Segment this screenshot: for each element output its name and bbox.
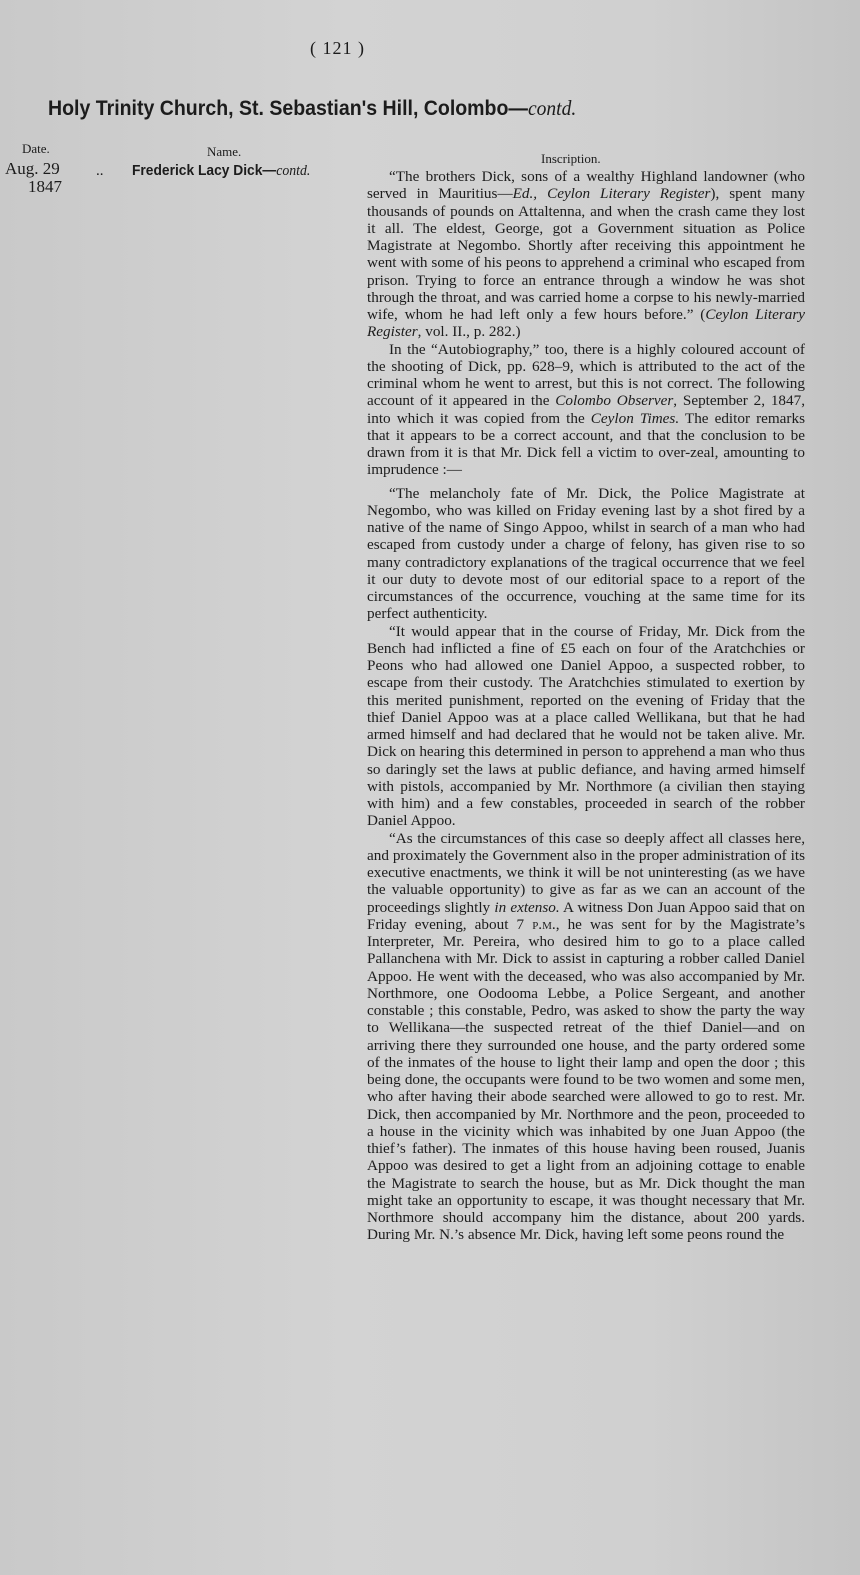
entry-date-day: Aug. 29: [5, 159, 60, 178]
column-header-name: Name.: [207, 144, 241, 160]
inscription-paragraph: “It would appear that in the course of F…: [367, 623, 805, 830]
inscription-paragraph: “As the circumstances of this case so de…: [367, 830, 805, 1244]
text-run: ), spent many thousands of pounds on Att…: [367, 185, 805, 323]
inscription-body: “The brothers Dick, sons of a wealthy Hi…: [367, 168, 805, 1244]
italic-run: in extenso.: [494, 899, 559, 916]
text-run: , he was sent for by the Magistrate’s In…: [367, 916, 805, 1244]
italic-run: Colombo Observer: [555, 392, 673, 409]
inscription-paragraph: “The brothers Dick, sons of a wealthy Hi…: [367, 168, 805, 341]
italic-run: Ed., Ceylon Literary Register: [513, 185, 711, 202]
entry-leader-dots: ..: [96, 163, 104, 180]
entry-name-text: Frederick Lacy Dick: [132, 162, 262, 179]
page-number: ( 121 ): [310, 38, 365, 59]
page-title-suffix: contd.: [528, 96, 576, 120]
entry-name: Frederick Lacy Dick—contd.: [132, 162, 310, 180]
page-title: Holy Trinity Church, St. Sebastian's Hil…: [48, 96, 576, 121]
small-caps-run: p.m.: [532, 916, 556, 933]
text-run: , vol. II., p. 282.): [418, 323, 521, 340]
column-header-date: Date.: [22, 141, 50, 157]
inscription-paragraph: “The melancholy fate of Mr. Dick, the Po…: [367, 485, 805, 623]
column-header-inscription: Inscription.: [541, 151, 601, 167]
inscription-paragraph: In the “Autobiography,” too, there is a …: [367, 341, 805, 479]
entry-date-year: 1847: [5, 178, 62, 196]
page-title-text: Holy Trinity Church, St. Sebastian's Hil…: [48, 97, 508, 120]
italic-run: Ceylon Times.: [591, 410, 679, 427]
entry-date: Aug. 29 1847: [5, 160, 62, 196]
entry-name-suffix: contd.: [276, 163, 310, 179]
